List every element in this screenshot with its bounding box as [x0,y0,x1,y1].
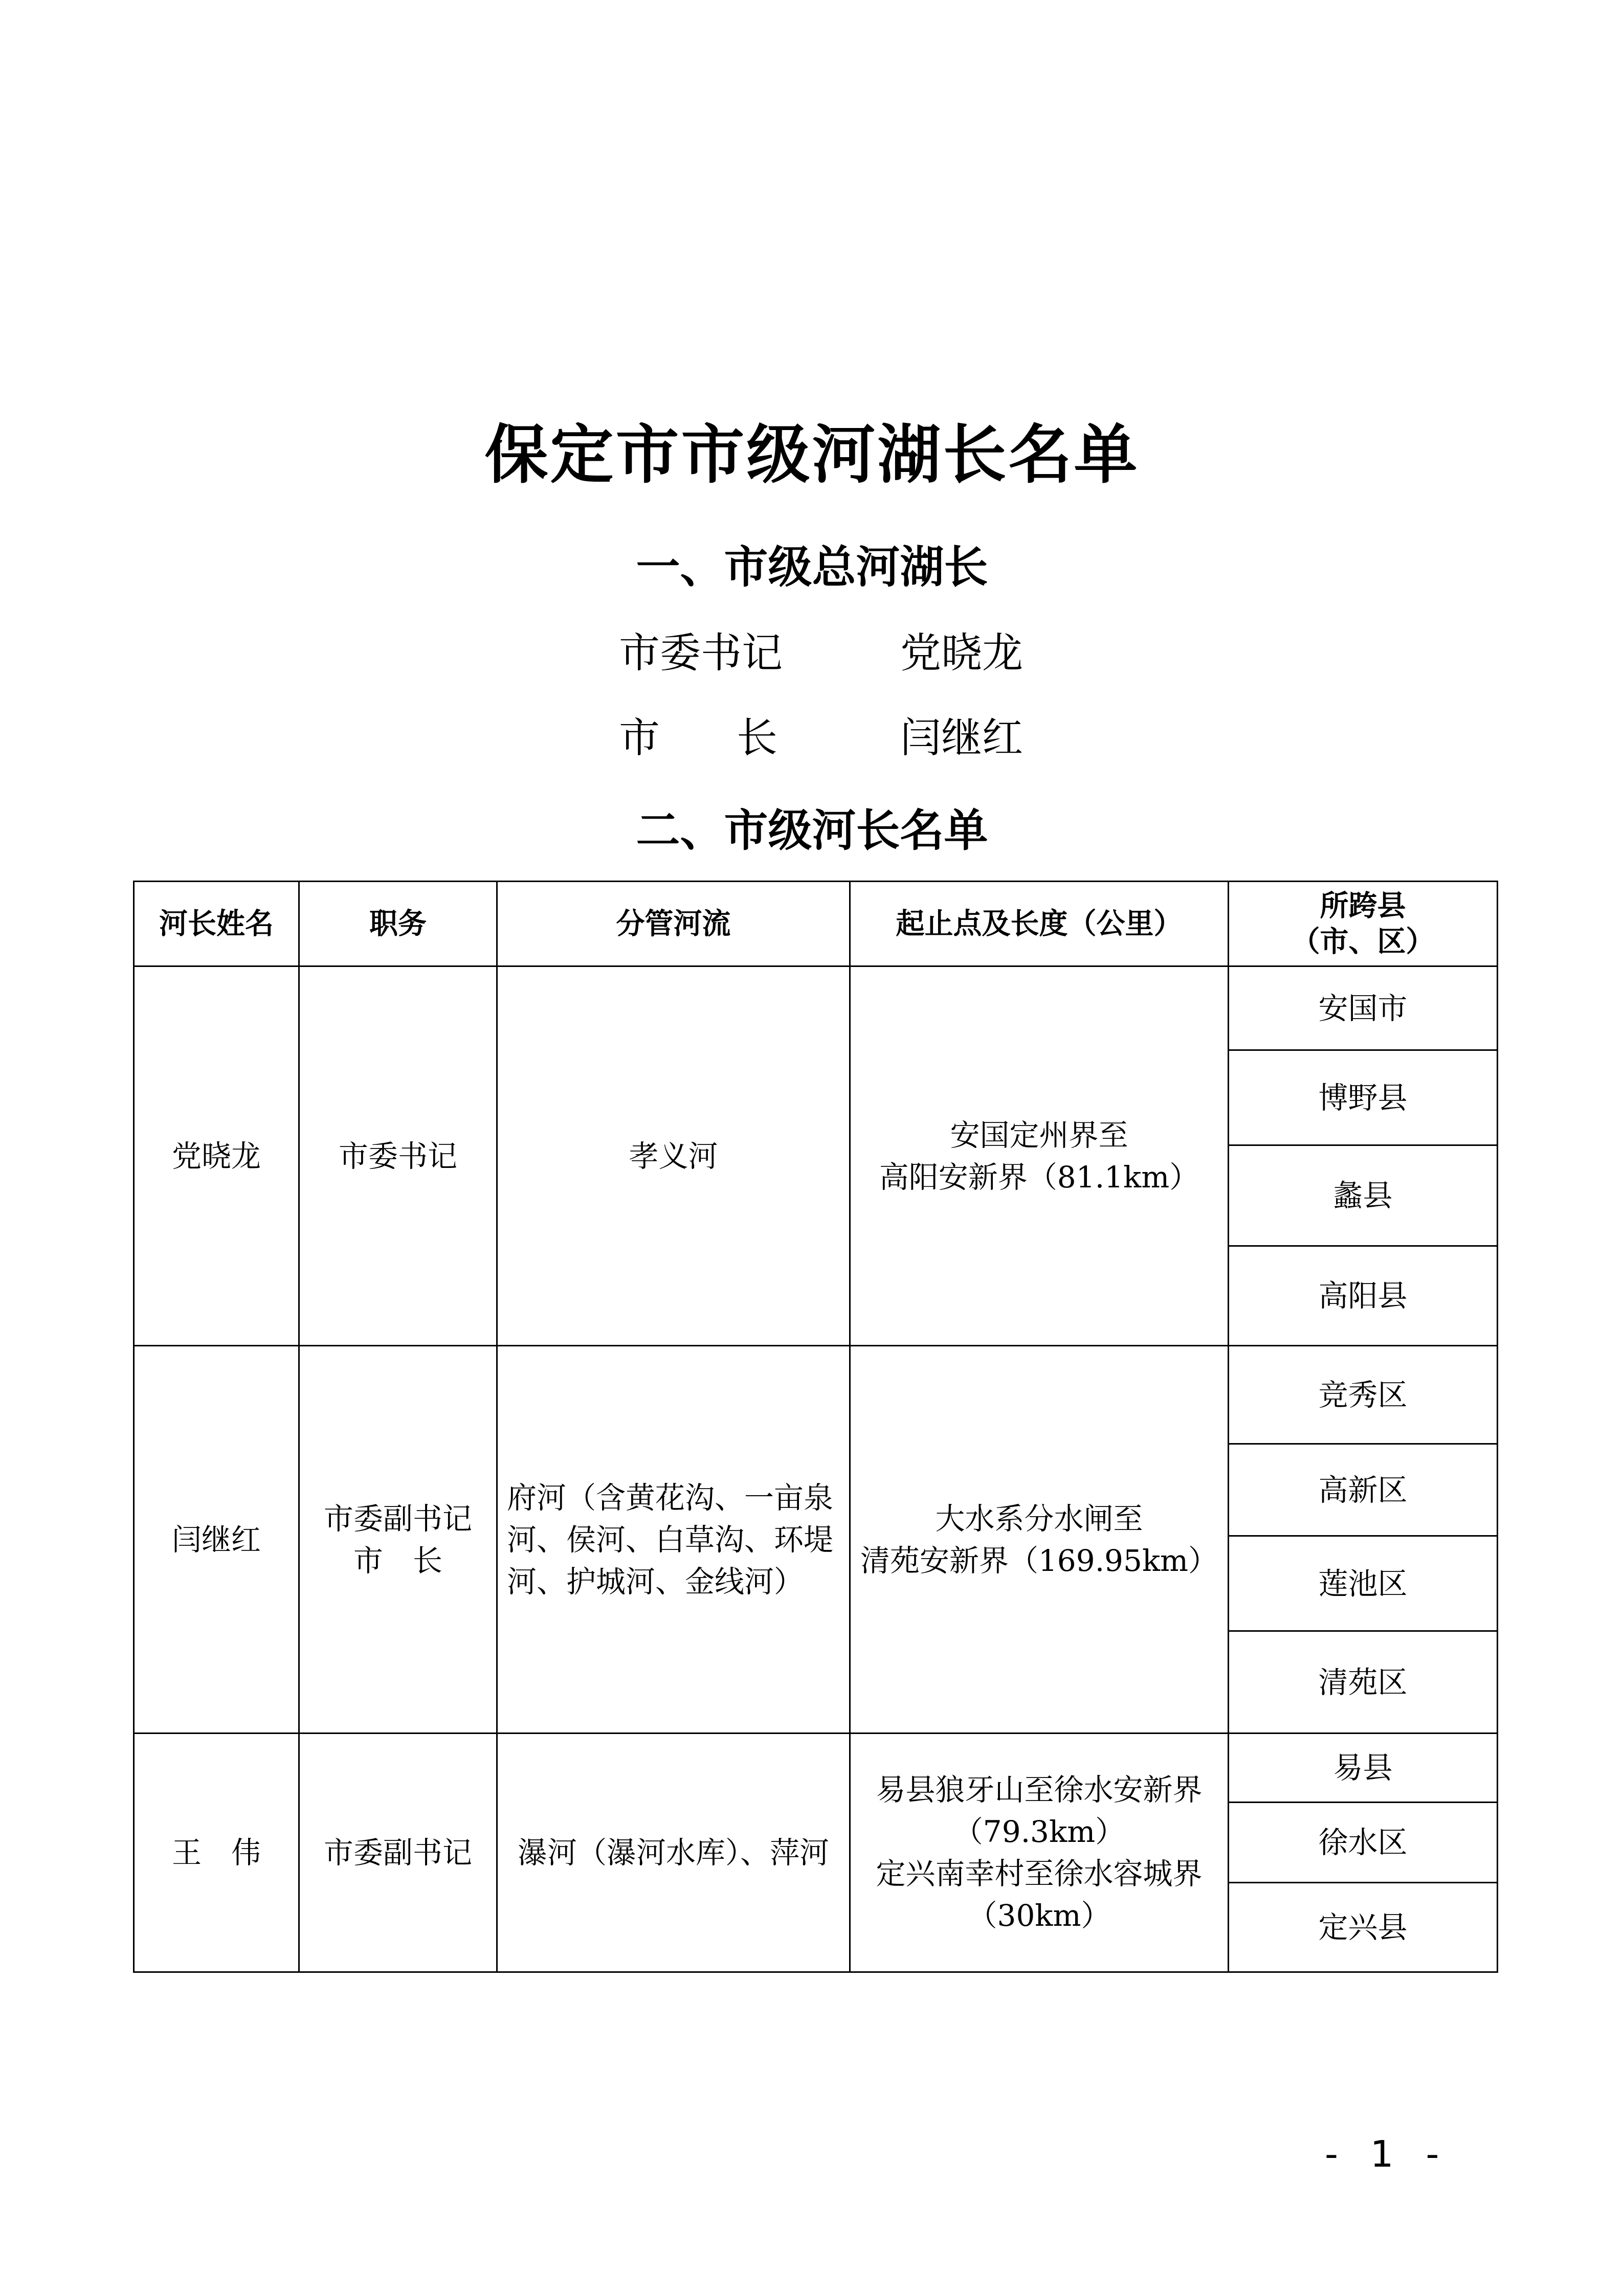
cell-rivers: 瀑河（瀑河水库）、萍河 [497,1734,850,1972]
leader-position-2: 市长 [619,705,777,763]
header-range-length: 起止点及长度（公里） [850,882,1229,966]
range-line: 大水系分水闸至 [860,1498,1218,1540]
cell-county: 竞秀区 [1229,1346,1498,1444]
range-line: 安国定州界至 [860,1114,1218,1156]
cell-county: 清苑区 [1229,1631,1498,1734]
duty-line: 市 长 [309,1540,487,1582]
header-counties-line1: 所跨县 [1238,888,1487,924]
cell-county: 高阳县 [1229,1246,1498,1346]
cell-county: 徐水区 [1229,1803,1498,1883]
cell-range: 大水系分水闸至 清苑安新界（169.95km） [850,1346,1229,1734]
range-line: （30km） [860,1895,1218,1937]
cell-rivers: 府河（含黄花沟、一亩泉河、侯河、白草沟、环堤河、护城河、金线河） [497,1346,850,1734]
cell-range: 易县狼牙山至徐水安新界 （79.3km） 定兴南幸村至徐水容城界 （30km） [850,1734,1229,1972]
range-line: 清苑安新界（169.95km） [860,1540,1218,1582]
table-row: 党晓龙 市委书记 孝义河 安国定州界至 高阳安新界（81.1km） 安国市 [134,966,1498,1050]
cell-duty: 市委书记 [299,966,497,1346]
cell-county: 蠡县 [1229,1145,1498,1246]
range-line: 易县狼牙山至徐水安新界 [860,1769,1218,1811]
cell-chief-name: 王 伟 [134,1734,299,1972]
table-row: 闫继红 市委副书记 市 长 府河（含黄花沟、一亩泉河、侯河、白草沟、环堤河、护城… [134,1346,1498,1444]
header-counties-line2: （市、区） [1238,924,1487,960]
cell-county: 易县 [1229,1734,1498,1803]
range-line: （79.3km） [860,1811,1218,1853]
cell-county: 定兴县 [1229,1883,1498,1972]
section-heading-river-chiefs: 二、市级河长名单 [0,795,1624,859]
leader-name-2: 闫继红 [900,705,1023,763]
duty-line: 市委副书记 [309,1498,487,1540]
table-header-row: 河长姓名 职务 分管河流 起止点及长度（公里） 所跨县 （市、区） [134,882,1498,966]
range-line: 定兴南幸村至徐水容城界 [860,1853,1218,1895]
cell-chief-name: 党晓龙 [134,966,299,1346]
cell-county: 高新区 [1229,1444,1498,1536]
cell-county: 莲池区 [1229,1536,1498,1631]
cell-county: 博野县 [1229,1050,1498,1145]
header-chief-name: 河长姓名 [134,882,299,966]
section-heading-general-chiefs: 一、市级总河湖长 [0,532,1624,595]
table-row: 王 伟 市委副书记 瀑河（瀑河水库）、萍河 易县狼牙山至徐水安新界 （79.3k… [134,1734,1498,1803]
cell-duty: 市委副书记 [299,1734,497,1972]
cell-county: 安国市 [1229,966,1498,1050]
leader-name-1: 党晓龙 [900,620,1023,679]
leader-position-1: 市委书记 [619,620,783,679]
cell-duty: 市委副书记 市 长 [299,1346,497,1734]
header-counties: 所跨县 （市、区） [1229,882,1498,966]
header-duty: 职务 [299,882,497,966]
header-rivers: 分管河流 [497,882,850,966]
cell-chief-name: 闫继红 [134,1346,299,1734]
document-title: 保定市市级河湖长名单 [0,404,1624,495]
page-number: - 1 - [1325,2132,1450,2175]
cell-rivers: 孝义河 [497,966,850,1346]
cell-range: 安国定州界至 高阳安新界（81.1km） [850,966,1229,1346]
range-line: 高阳安新界（81.1km） [860,1156,1218,1198]
river-chief-table: 河长姓名 职务 分管河流 起止点及长度（公里） 所跨县 （市、区） 党晓龙 市委… [133,881,1498,1973]
